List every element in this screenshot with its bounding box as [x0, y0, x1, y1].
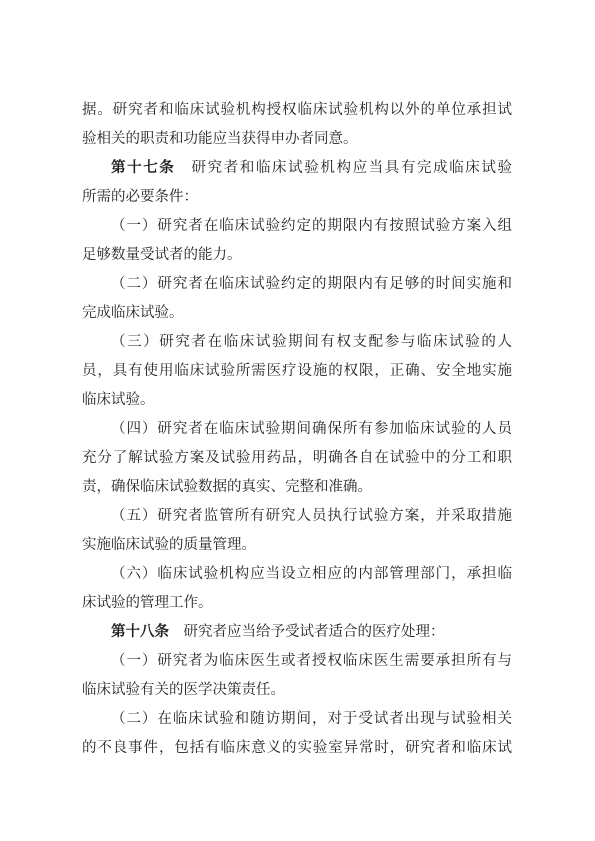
text-line: （一）研究者在临床试验约定的期限内有按照试验方案入组 — [82, 212, 512, 241]
text-line: 责，确保临床试验数据的真实、完整和准确。 — [82, 473, 512, 502]
text-line: 验相关的职责和功能应当获得申办者同意。 — [82, 125, 512, 154]
text-line: 完成临床试验。 — [82, 299, 512, 328]
text-line: 临床试验。 — [82, 386, 512, 415]
text-line: （一）研究者为临床医生或者授权临床医生需要承担所有与 — [82, 647, 512, 676]
text-line: （二）在临床试验和随访期间，对于受试者出现与试验相关 — [82, 705, 512, 734]
document-body: 据。研究者和临床试验机构授权临床试验机构以外的单位承担试验相关的职责和功能应当获… — [82, 96, 512, 763]
document-page: 据。研究者和临床试验机构授权临床试验机构以外的单位承担试验相关的职责和功能应当获… — [0, 0, 595, 841]
article-heading-line: 第十七条 研究者和临床试验机构应当具有完成临床试验 — [82, 154, 512, 183]
text-line: 充分了解试验方案及试验用药品，明确各自在试验中的分工和职 — [82, 444, 512, 473]
text-line: 所需的必要条件： — [82, 183, 512, 212]
text-line: 足够数量受试者的能力。 — [82, 241, 512, 270]
text-line: 临床试验有关的医学决策责任。 — [82, 676, 512, 705]
text-line: 的不良事件，包括有临床意义的实验室异常时，研究者和临床试 — [82, 734, 512, 763]
text-line: 员，具有使用临床试验所需医疗设施的权限，正确、安全地实施 — [82, 357, 512, 386]
article-number: 第十七条 — [111, 160, 175, 176]
text-line: 床试验的管理工作。 — [82, 589, 512, 618]
text-line: （四）研究者在临床试验期间确保所有参加临床试验的人员 — [82, 415, 512, 444]
article-heading-text: 研究者和临床试验机构应当具有完成临床试验 — [175, 160, 512, 176]
text-line: （六）临床试验机构应当设立相应的内部管理部门，承担临 — [82, 560, 512, 589]
article-number: 第十八条 — [111, 624, 169, 640]
article-heading-line: 第十八条 研究者应当给予受试者适合的医疗处理： — [82, 618, 512, 647]
text-line: 据。研究者和临床试验机构授权临床试验机构以外的单位承担试 — [82, 96, 512, 125]
article-heading-text: 研究者应当给予受试者适合的医疗处理： — [169, 624, 445, 640]
text-line: （五）研究者监管所有研究人员执行试验方案，并采取措施 — [82, 502, 512, 531]
text-line: 实施临床试验的质量管理。 — [82, 531, 512, 560]
text-line: （三）研究者在临床试验期间有权支配参与临床试验的人 — [82, 328, 512, 357]
text-line: （二）研究者在临床试验约定的期限内有足够的时间实施和 — [82, 270, 512, 299]
